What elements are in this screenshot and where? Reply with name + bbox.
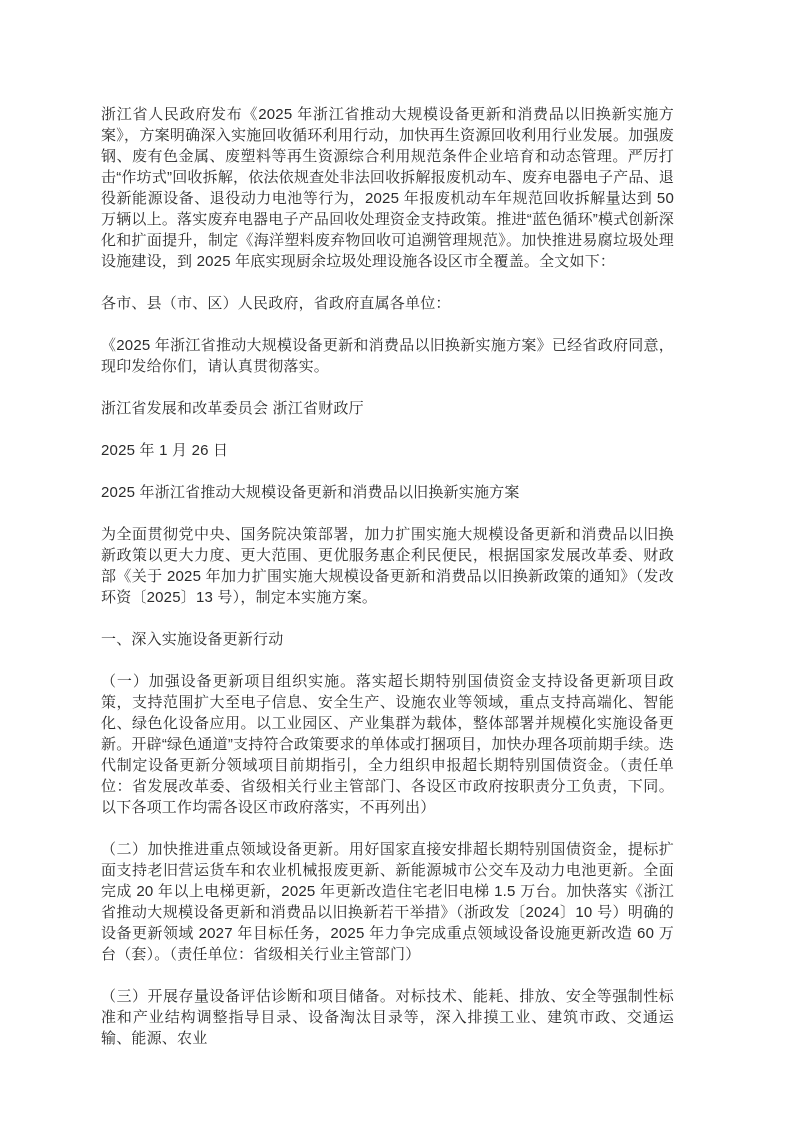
paragraph-issuers: 浙江省发展和改革委员会 浙江省财政厅 (101, 398, 674, 419)
paragraph-item-2: （二）加快推进重点领域设备更新。用好国家直接安排超长期特别国债资金，提标扩面支持… (101, 839, 674, 965)
paragraph-preamble: 为全面贯彻党中央、国务院决策部署，加力扩围实施大规模设备更新和消费品以旧换新政策… (101, 524, 674, 608)
section-heading-1: 一、深入实施设备更新行动 (101, 629, 674, 650)
document-title: 2025 年浙江省推动大规模设备更新和消费品以旧换新实施方案 (101, 482, 674, 503)
paragraph-issue-date: 2025 年 1 月 26 日 (101, 440, 674, 461)
paragraph-approval: 《2025 年浙江省推动大规模设备更新和消费品以旧换新实施方案》已经省政府同意，… (101, 335, 674, 377)
paragraph-salutation: 各市、县（市、区）人民政府，省政府直属各单位： (101, 293, 674, 314)
paragraph-item-3: （三）开展存量设备评估诊断和项目储备。对标技术、能耗、排放、安全等强制性标准和产… (101, 986, 674, 1049)
paragraph-item-1: （一）加强设备更新项目组织实施。落实超长期特别国债资金支持设备更新项目政策，支持… (101, 671, 674, 818)
document-page: 浙江省人民政府发布《2025 年浙江省推动大规模设备更新和消费品以旧换新实施方案… (0, 0, 793, 1122)
paragraph-intro: 浙江省人民政府发布《2025 年浙江省推动大规模设备更新和消费品以旧换新实施方案… (101, 104, 674, 272)
